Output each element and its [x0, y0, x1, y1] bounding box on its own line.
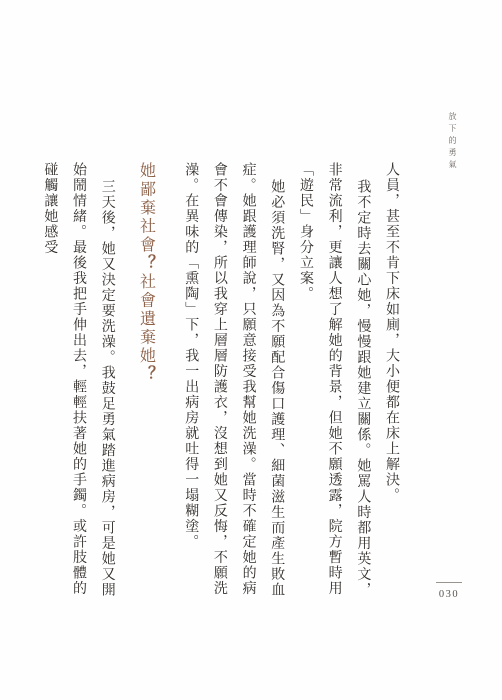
running-head-book-title: 放下的勇氣 — [447, 112, 458, 172]
page-folio: 030 — [436, 582, 462, 600]
paragraph: 我不定時去關心她，慢慢跟她建立關係。她罵人時都用英文，非常流利，更讓人想了解她的… — [290, 162, 376, 608]
paragraph: 三天後，她又決定要洗澡。我鼓足勇氣踏進病房，可是她又開始鬧情緒。最後我把手伸出去… — [35, 162, 121, 608]
page-number: 030 — [436, 589, 462, 600]
section-heading-question-mark: ？ — [138, 255, 155, 274]
text-block: 人員，甚至不肯下床如廁，大小便都在床上解決。 我不定時去關心她，慢慢跟她建立關係… — [35, 162, 405, 608]
section-heading-question-mark: ？ — [138, 366, 155, 385]
paragraph-continuation: 人員，甚至不肯下床如廁，大小便都在床上解決。 — [376, 162, 405, 608]
section-heading-text: 社會遺棄她 — [138, 273, 155, 366]
section-heading: 她鄙棄社會？社會遺棄她？ — [129, 162, 162, 608]
book-page: 放下的勇氣 人員，甚至不肯下床如廁，大小便都在床上解決。 我不定時去關心她，慢慢… — [0, 0, 502, 700]
folio-rule — [436, 582, 462, 583]
paragraph: 她必須洗腎，又因為不願配合傷口護理、細菌滋生而產生敗血症。她跟護理師說，只願意接… — [176, 162, 291, 608]
section-heading-text: 她鄙棄社會 — [138, 162, 155, 255]
